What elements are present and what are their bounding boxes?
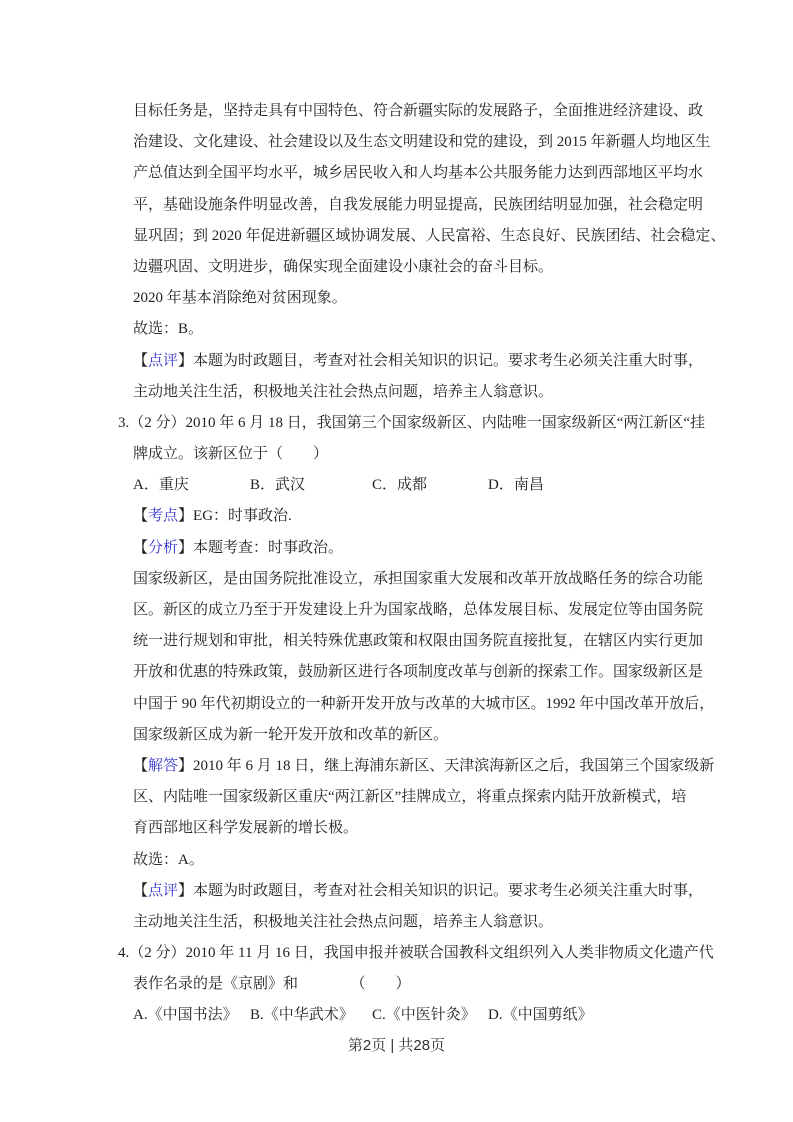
- tag-open-bracket: 【: [133, 353, 148, 369]
- text-line: 表作名录的是《京剧》和 （ ）: [118, 969, 693, 1000]
- text-line: 统一进行规划和审批，相关特殊优惠政策和权限由国务院直接批复，在辖区内实行更加: [118, 626, 693, 657]
- tagged-line: 【分析】本题考查：时事政治。: [118, 533, 693, 564]
- tag-label: 点评: [148, 353, 178, 369]
- tag-close-bracket: 】: [178, 353, 193, 369]
- question-text: 4.（2 分）2010 年 11 月 16 日，我国申报并被联合国教科文组织列入…: [118, 945, 714, 961]
- line-text: 治建设、文化建设、社会建设以及生态文明建设和党的建设，到 2015 年新疆人均地…: [133, 134, 711, 150]
- text-line: 平，基础设施条件明显改善，自我发展能力明显提高，民族团结明显加强，社会稳定明: [118, 190, 693, 221]
- text-line: 显巩固；到 2020 年促进新疆区域协调发展、人民富裕、生态良好、民族团结、社会…: [118, 221, 693, 252]
- line-text: 平，基础设施条件明显改善，自我发展能力明显提高，民族团结明显加强，社会稳定明: [133, 197, 703, 213]
- option-item: A.《中国书法》: [133, 1000, 250, 1031]
- option-item: C.《中医针灸》: [372, 1000, 488, 1031]
- option-item: D.《中国剪纸》: [488, 1000, 593, 1031]
- question-line: 4.（2 分）2010 年 11 月 16 日，我国申报并被联合国教科文组织列入…: [118, 938, 693, 969]
- tagged-line: 【点评】本题为时政题目，考查对社会相关知识的识记。要求考生必须关注重大时事，: [118, 346, 693, 377]
- line-text: 区。新区的成立乃至于开发建设上升为国家战略，总体发展目标、发展定位等由国务院: [133, 602, 703, 618]
- line-text: 边疆巩固、文明进步，确保实现全面建设小康社会的奋斗目标。: [133, 259, 553, 275]
- text-line: 2020 年基本消除绝对贫困现象。: [118, 283, 693, 314]
- option-item: C．成都: [372, 470, 488, 501]
- text-line: 目标任务是，坚持走具有中国特色、符合新疆实际的发展路子，全面推进经济建设、政: [118, 96, 693, 127]
- tag-label: 点评: [148, 883, 178, 899]
- text-line: 故选：B。: [118, 314, 693, 345]
- text-line: 区、内陆唯一国家级新区重庆“两江新区”挂牌成立，将重点探索内陆开放新模式，培: [118, 782, 693, 813]
- line-text: 国家级新区成为新一轮开发开放和改革的新区。: [133, 727, 448, 743]
- text-line: 开放和优惠的特殊政策，鼓励新区进行各项制度改革与创新的探索工作。国家级新区是: [118, 657, 693, 688]
- options-row: A．重庆B．武汉C．成都D．南昌: [118, 470, 693, 501]
- text-line: 牌成立。该新区位于（ ）: [118, 439, 693, 470]
- line-text: 区、内陆唯一国家级新区重庆“两江新区”挂牌成立，将重点探索内陆开放新模式，培: [133, 789, 686, 805]
- tag-open-bracket: 【: [133, 758, 148, 774]
- option-item: A．重庆: [133, 470, 250, 501]
- footer-page-indicator: 第2页 | 共28页: [0, 1034, 793, 1055]
- tagged-line: 【点评】本题为时政题目，考查对社会相关知识的识记。要求考生必须关注重大时事，: [118, 876, 693, 907]
- tag-label: 解答: [148, 758, 178, 774]
- tagged-line: 【解答】2010 年 6 月 18 日，继上海浦东新区、天津滨海新区之后，我国第…: [118, 751, 693, 782]
- line-text: 牌成立。该新区位于（ ）: [133, 446, 328, 462]
- tag-open-bracket: 【: [133, 508, 148, 524]
- text-line: 主动地关注生活，积极地关注社会热点问题，培养主人翁意识。: [118, 377, 693, 408]
- question-line: 3.（2 分）2010 年 6 月 18 日，我国第三个国家级新区、内陆唯一国家…: [118, 408, 693, 439]
- line-text: 目标任务是，坚持走具有中国特色、符合新疆实际的发展路子，全面推进经济建设、政: [133, 103, 703, 119]
- option-item: D．南昌: [488, 470, 544, 501]
- line-text: 显巩固；到 2020 年促进新疆区域协调发展、人民富裕、生态良好、民族团结、社会…: [133, 228, 726, 244]
- tag-content: 本题考查：时事政治。: [193, 540, 343, 556]
- tag-label: 分析: [148, 540, 178, 556]
- tagged-line: 【考点】EG：时事政治.: [118, 501, 693, 532]
- text-line: 治建设、文化建设、社会建设以及生态文明建设和党的建设，到 2015 年新疆人均地…: [118, 127, 693, 158]
- text-line: 国家级新区，是由国务院批准设立，承担国家重大发展和改革开放战略任务的综合功能: [118, 564, 693, 595]
- line-text: 国家级新区，是由国务院批准设立，承担国家重大发展和改革开放战略任务的综合功能: [133, 571, 703, 587]
- line-text: 2020 年基本消除绝对贫困现象。: [133, 290, 347, 306]
- line-text: 统一进行规划和审批，相关特殊优惠政策和权限由国务院直接批复，在辖区内实行更加: [133, 633, 703, 649]
- text-line: 国家级新区成为新一轮开发开放和改革的新区。: [118, 720, 693, 751]
- document-body: 目标任务是，坚持走具有中国特色、符合新疆实际的发展路子，全面推进经济建设、政治建…: [118, 96, 693, 1032]
- text-line: 区。新区的成立乃至于开发建设上升为国家战略，总体发展目标、发展定位等由国务院: [118, 595, 693, 626]
- text-line: 产总值达到全国平均水平，城乡居民收入和人均基本公共服务能力达到西部地区平均水: [118, 158, 693, 189]
- text-line: 育西部地区科学发展新的增长极。: [118, 813, 693, 844]
- line-text: 产总值达到全国平均水平，城乡居民收入和人均基本公共服务能力达到西部地区平均水: [133, 165, 703, 181]
- line-text: 故选：B。: [133, 321, 203, 337]
- question-text: 3.（2 分）2010 年 6 月 18 日，我国第三个国家级新区、内陆唯一国家…: [118, 415, 705, 431]
- line-text: 表作名录的是《京剧》和 （ ）: [133, 976, 411, 992]
- tag-open-bracket: 【: [133, 540, 148, 556]
- text-line: 主动地关注生活，积极地关注社会热点问题，培养主人翁意识。: [118, 907, 693, 938]
- tag-content: 本题为时政题目，考查对社会相关知识的识记。要求考生必须关注重大时事，: [193, 353, 703, 369]
- text-line: 中国于 90 年代初期设立的一种新开发开放与改革的大城市区。1992 年中国改革…: [118, 689, 693, 720]
- tag-content: 本题为时政题目，考查对社会相关知识的识记。要求考生必须关注重大时事，: [193, 883, 703, 899]
- line-text: 主动地关注生活，积极地关注社会热点问题，培养主人翁意识。: [133, 914, 553, 930]
- line-text: 育西部地区科学发展新的增长极。: [133, 820, 358, 836]
- line-text: 故选：A。: [133, 852, 204, 868]
- tag-close-bracket: 】: [178, 508, 193, 524]
- line-text: 开放和优惠的特殊政策，鼓励新区进行各项制度改革与创新的探索工作。国家级新区是: [133, 664, 703, 680]
- option-item: B．武汉: [250, 470, 372, 501]
- line-text: 主动地关注生活，积极地关注社会热点问题，培养主人翁意识。: [133, 384, 553, 400]
- tag-close-bracket: 】: [178, 758, 193, 774]
- tag-close-bracket: 】: [178, 883, 193, 899]
- text-line: 故选：A。: [118, 845, 693, 876]
- tag-label: 考点: [148, 508, 178, 524]
- tag-content: 2010 年 6 月 18 日，继上海浦东新区、天津滨海新区之后，我国第三个国家…: [193, 758, 714, 774]
- options-row: A.《中国书法》B.《中华武术》C.《中医针灸》D.《中国剪纸》: [118, 1000, 693, 1031]
- tag-open-bracket: 【: [133, 883, 148, 899]
- text-line: 边疆巩固、文明进步，确保实现全面建设小康社会的奋斗目标。: [118, 252, 693, 283]
- tag-close-bracket: 】: [178, 540, 193, 556]
- option-item: B.《中华武术》: [250, 1000, 372, 1031]
- tag-content: EG：时事政治.: [193, 508, 292, 524]
- document-page: 目标任务是，坚持走具有中国特色、符合新疆实际的发展路子，全面推进经济建设、政治建…: [0, 0, 793, 1122]
- line-text: 中国于 90 年代初期设立的一种新开发开放与改革的大城市区。1992 年中国改革…: [133, 696, 714, 712]
